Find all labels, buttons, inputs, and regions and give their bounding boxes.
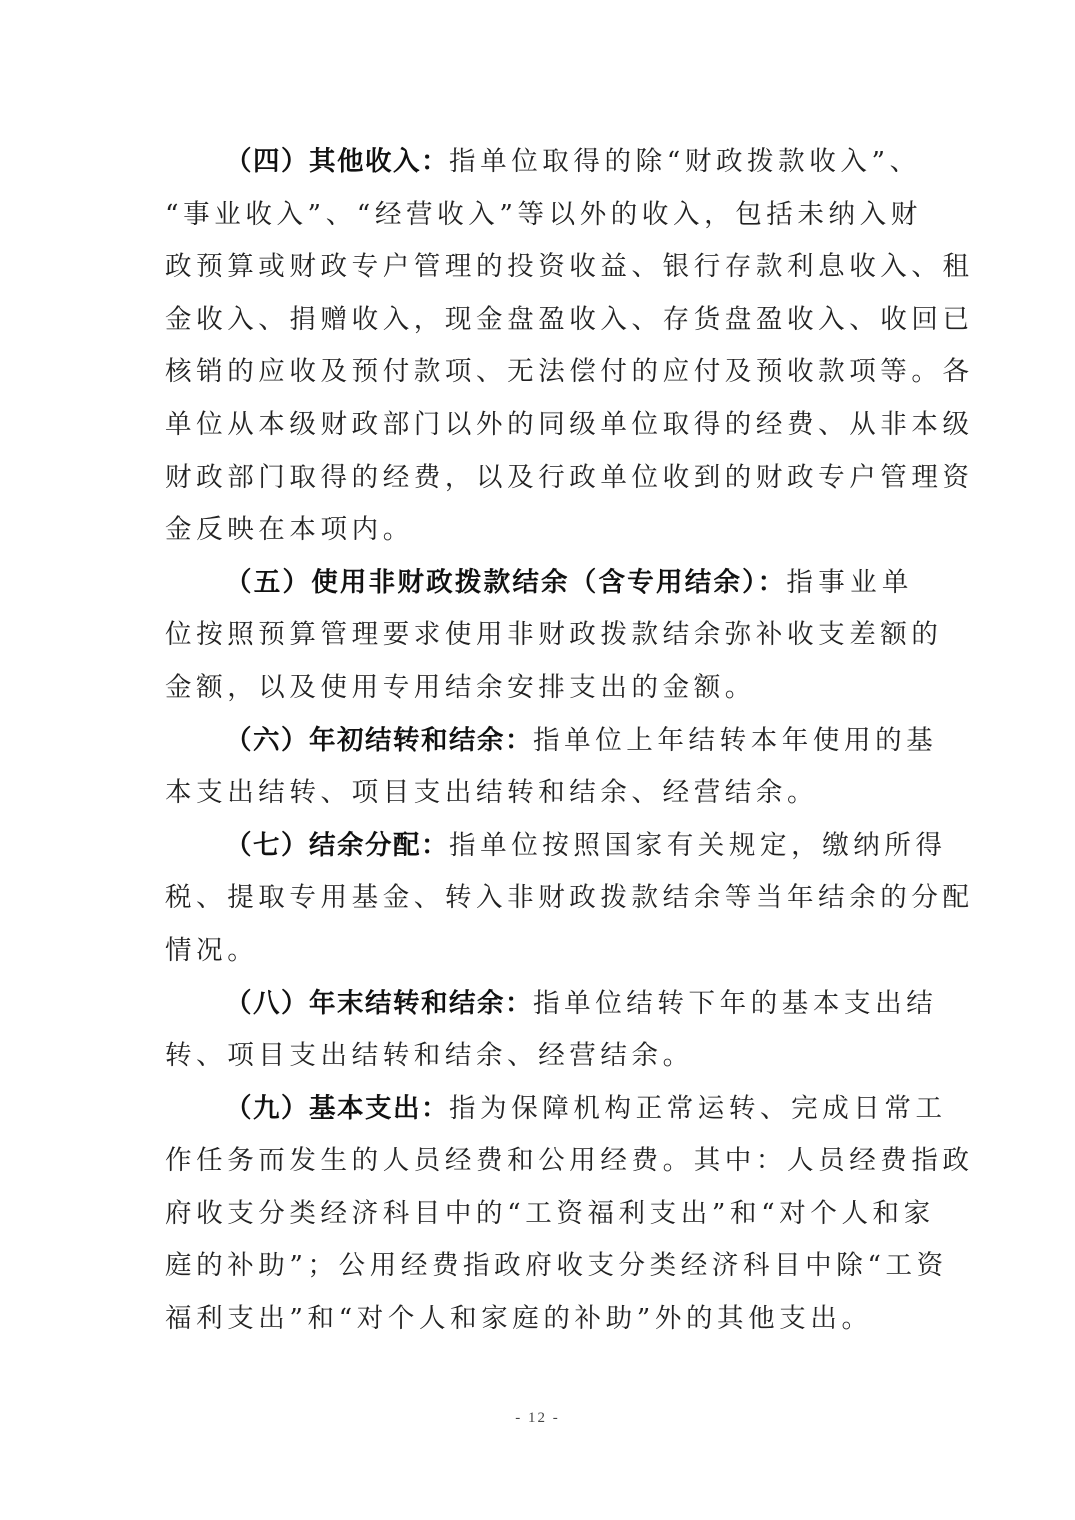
paragraph-line: 位按照预算管理要求使用非财政拨款结余弥补收支差额的 [165, 609, 913, 662]
paragraph-line: 单位从本级财政部门以外的同级单位取得的经费、从非本级 [165, 399, 913, 452]
paragraph-line: 福利支出”和“对个人和家庭的补助”外的其他支出。 [165, 1293, 913, 1346]
paragraph-line: 财政部门取得的经费，以及行政单位收到的财政专户管理资 [165, 452, 913, 505]
section-heading: （八）年末结转和结余： [225, 988, 533, 1019]
paragraph-line: 情况。 [165, 925, 913, 978]
paragraph-line: （四）其他收入：指单位取得的除“财政拨款收入”、 [165, 136, 913, 189]
paragraph-line: 金额，以及使用专用结余安排支出的金额。 [165, 662, 913, 715]
paragraph-line: （六）年初结转和结余：指单位上年结转本年使用的基 [165, 715, 913, 768]
section-heading: （四）其他收入： [225, 146, 449, 177]
paragraph-line: 府收支分类经济科目中的“工资福利支出”和“对个人和家 [165, 1188, 913, 1241]
paragraph-line: （七）结余分配：指单位按照国家有关规定，缴纳所得 [165, 820, 913, 873]
section-other-income: （四）其他收入：指单位取得的除“财政拨款收入”、 “事业收入”、“经营收入”等以… [165, 136, 913, 557]
section-basic-expenditure: （九）基本支出：指为保障机构正常运转、完成日常工 作任务而发生的人员经费和公用经… [165, 1083, 913, 1346]
paragraph-text: 指单位取得的除“财政拨款收入”、 [449, 146, 921, 177]
paragraph-line: （五）使用非财政拨款结余（含专用结余）：指事业单 [165, 557, 913, 610]
paragraph-line: “事业收入”、“经营收入”等以外的收入，包括未纳入财 [165, 189, 913, 242]
section-beginning-carryover: （六）年初结转和结余：指单位上年结转本年使用的基 本支出结转、项目支出结转和结余… [165, 715, 913, 820]
paragraph-text: 指单位上年结转本年使用的基 [533, 725, 937, 756]
document-page: （四）其他收入：指单位取得的除“财政拨款收入”、 “事业收入”、“经营收入”等以… [0, 0, 1075, 1520]
paragraph-text: 指单位按照国家有关规定，缴纳所得 [449, 830, 947, 861]
paragraph-line: 转、项目支出结转和结余、经营结余。 [165, 1030, 913, 1083]
section-heading: （五）使用非财政拨款结余（含专用结余）： [225, 567, 786, 598]
paragraph-line: 庭的补助”；公用经费指政府收支分类经济科目中除“工资 [165, 1240, 913, 1293]
paragraph-text: 指单位结转下年的基本支出结 [533, 988, 937, 1019]
section-non-fiscal-balance: （五）使用非财政拨款结余（含专用结余）：指事业单 位按照预算管理要求使用非财政拨… [165, 557, 913, 715]
paragraph-line: 金收入、捐赠收入，现金盘盈收入、存货盘盈收入、收回已 [165, 294, 913, 347]
paragraph-line: （八）年末结转和结余：指单位结转下年的基本支出结 [165, 978, 913, 1031]
paragraph-line: 税、提取专用基金、转入非财政拨款结余等当年结余的分配 [165, 872, 913, 925]
section-heading: （七）结余分配： [225, 830, 449, 861]
paragraph-line: 政预算或财政专户管理的投资收益、银行存款利息收入、租 [165, 241, 913, 294]
page-number: - 12 - [0, 1410, 1075, 1427]
section-heading: （九）基本支出： [225, 1093, 449, 1124]
paragraph-line: 金反映在本项内。 [165, 504, 913, 557]
paragraph-text: 指事业单 [786, 567, 913, 598]
document-body: （四）其他收入：指单位取得的除“财政拨款收入”、 “事业收入”、“经营收入”等以… [165, 136, 913, 1346]
paragraph-line: 核销的应收及预付款项、无法偿付的应付及预收款项等。各 [165, 346, 913, 399]
section-heading: （六）年初结转和结余： [225, 725, 533, 756]
section-ending-carryover: （八）年末结转和结余：指单位结转下年的基本支出结 转、项目支出结转和结余、经营结… [165, 978, 913, 1083]
section-surplus-distribution: （七）结余分配：指单位按照国家有关规定，缴纳所得 税、提取专用基金、转入非财政拨… [165, 820, 913, 978]
paragraph-line: 本支出结转、项目支出结转和结余、经营结余。 [165, 767, 913, 820]
paragraph-text: 指为保障机构正常运转、完成日常工 [449, 1093, 947, 1124]
paragraph-line: 作任务而发生的人员经费和公用经费。其中：人员经费指政 [165, 1135, 913, 1188]
paragraph-line: （九）基本支出：指为保障机构正常运转、完成日常工 [165, 1083, 913, 1136]
